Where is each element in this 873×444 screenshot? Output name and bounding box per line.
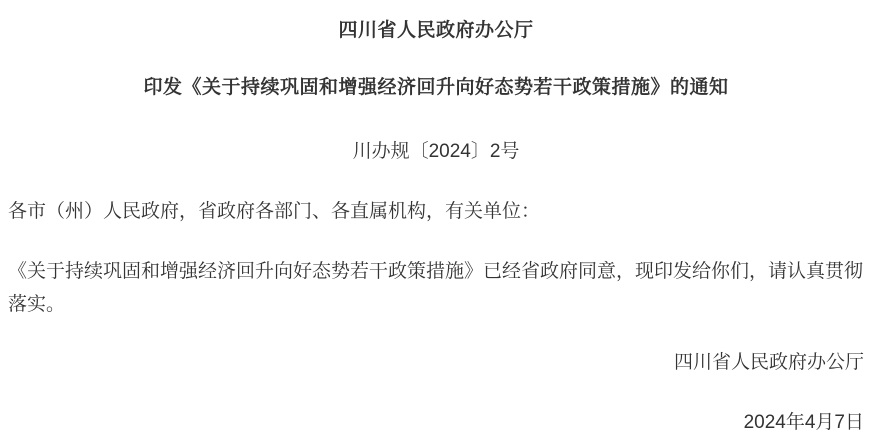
notice-title: 印发《关于持续巩固和增强经济回升向好态势若干政策措施》的通知 — [8, 78, 864, 98]
signature-agency: 四川省人民政府办公厅 — [8, 353, 864, 373]
body-paragraph: 《关于持续巩固和增强经济回升向好态势若干政策措施》已经省政府同意，现印发给你们，… — [8, 255, 864, 321]
salutation-line: 各市（州）人民政府，省政府各部门、各直属机构，有关单位： — [8, 202, 864, 222]
issuing-agency-title: 四川省人民政府办公厅 — [8, 21, 864, 41]
issue-date: 2024年4月7日 — [8, 413, 864, 433]
government-notice-document: 四川省人民政府办公厅 印发《关于持续巩固和增强经济回升向好态势若干政策措施》的通… — [0, 0, 873, 444]
document-number: 川办规〔2024〕2号 — [8, 142, 864, 162]
